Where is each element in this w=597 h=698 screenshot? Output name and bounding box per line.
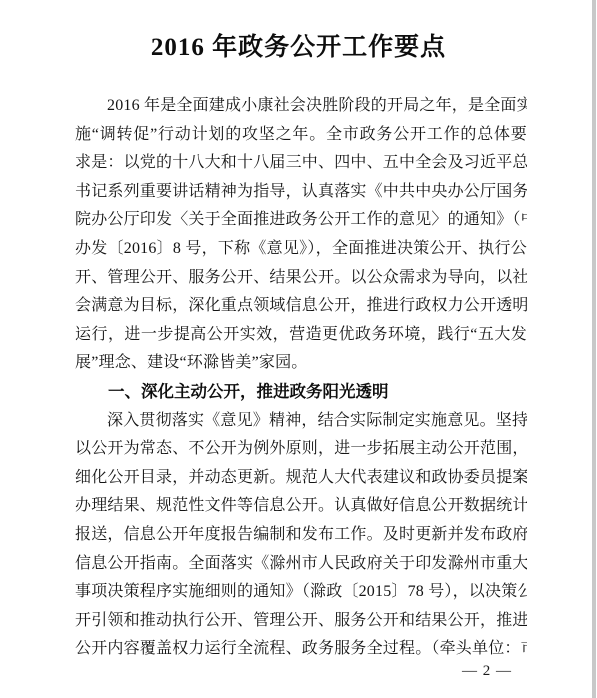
section-heading-1: 一、深化主动公开，推进政务阳光透明 (75, 378, 527, 407)
text-line: 展”理念、建设“环滁皆美”家园。 (75, 349, 527, 378)
text-line: 书记系列重要讲话精神为指导，认真落实《中共中央办公厅国务 (75, 178, 527, 207)
text-line: 开、管理公开、服务公开、结果公开。以公众需求为导向，以社 (75, 264, 527, 293)
text-line: 信息公开指南。全面落实《滁州市人民政府关于印发滁州市重大 (75, 550, 527, 579)
text-line: 施“调转促”行动计划的攻坚之年。全市政务公开工作的总体要 (75, 121, 527, 150)
text-line: 深入贯彻落实《意见》精神，结合实际制定实施意见。坚持 (75, 407, 527, 436)
text-line: 公开内容覆盖权力运行全流程、政务服务全过程。（牵头单位：市 (75, 635, 527, 664)
page-right-edge (592, 0, 596, 698)
text-line: 会满意为目标，深化重点领域信息公开，推进行政权力公开透明 (75, 292, 527, 321)
text-line: 事项决策程序实施细则的通知》（滁政〔2015〕78 号），以决策公 (75, 578, 527, 607)
text-line: 细化公开目录，并动态更新。规范人大代表建议和政协委员提案 (75, 464, 527, 493)
text-line: 报送，信息公开年度报告编制和发布工作。及时更新并发布政府 (75, 521, 527, 550)
document-body: 2016 年是全面建成小康社会决胜阶段的开局之年，是全面实 施“调转促”行动计划… (75, 92, 527, 664)
text-line: 院办公厅印发〈关于全面推进政务公开工作的意见〉的通知》（中 (75, 206, 527, 235)
paragraph-2: 深入贯彻落实《意见》精神，结合实际制定实施意见。坚持 以公开为常态、不公开为例外… (75, 407, 527, 664)
text-line: 2016 年是全面建成小康社会决胜阶段的开局之年，是全面实 (75, 92, 527, 121)
text-line: 办发〔2016〕8 号，下称《意见》），全面推进决策公开、执行公 (75, 235, 527, 264)
page-number: — 2 — (462, 663, 512, 680)
text-line: 办理结果、规范性文件等信息公开。认真做好信息公开数据统计 (75, 492, 527, 521)
text-line: 以公开为常态、不公开为例外原则，进一步拓展主动公开范围， (75, 435, 527, 464)
text-line: 开引领和推动执行公开、管理公开、服务公开和结果公开，推进 (75, 607, 527, 636)
text-line: 运行，进一步提高公开实效，营造更优政务环境，践行“五大发 (75, 321, 527, 350)
document-page: 2016 年政务公开工作要点 2016 年是全面建成小康社会决胜阶段的开局之年，… (0, 0, 597, 698)
paragraph-1: 2016 年是全面建成小康社会决胜阶段的开局之年，是全面实 施“调转促”行动计划… (75, 92, 527, 378)
text-line: 求是：以党的十八大和十八届三中、四中、五中全会及习近平总 (75, 149, 527, 178)
document-title: 2016 年政务公开工作要点 (0, 0, 597, 66)
